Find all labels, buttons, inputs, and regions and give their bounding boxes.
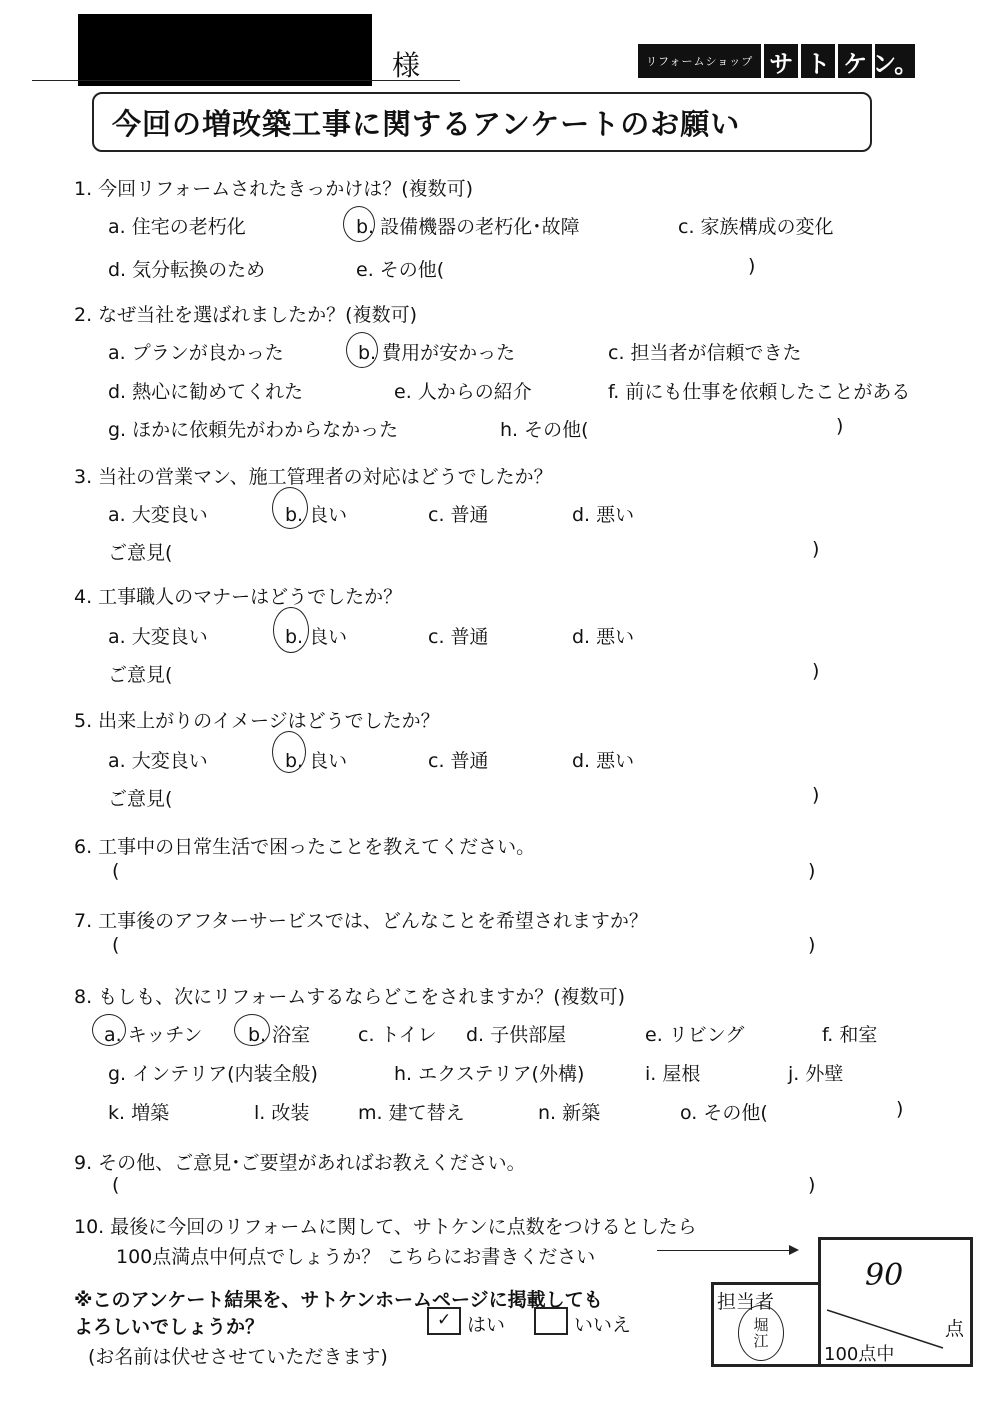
- q2-option-h[interactable]: h. その他(: [500, 415, 589, 442]
- logo-char: ト: [801, 44, 835, 78]
- arrow-right-icon: [657, 1250, 797, 1251]
- consent-yes-label: はい: [467, 1310, 505, 1337]
- q3-option-d[interactable]: d. 悪い: [572, 500, 634, 527]
- question-5: 5. 出来上がりのイメージはどうでしたか？: [74, 706, 440, 733]
- q8-option-c[interactable]: c. トイレ: [358, 1020, 437, 1047]
- score-unit: 点: [945, 1314, 964, 1341]
- selection-circle: [272, 731, 306, 773]
- company-logo: リフォームショップ サ ト ケ ン。: [638, 44, 915, 78]
- q4-comment-label: ご意見(: [108, 660, 172, 687]
- consent-note: (お名前は伏せさせていただきます): [88, 1342, 388, 1369]
- q8-option-n[interactable]: n. 新築: [538, 1098, 600, 1125]
- question-10-line2: 100点満点中何点でしょうか？ こちらにお書きください: [116, 1242, 595, 1269]
- question-10: 10. 最後に今回のリフォームに関して、サトケンに点数をつけるとしたら: [74, 1212, 697, 1239]
- checkmark-icon: ✓: [437, 1310, 451, 1330]
- q8-option-h[interactable]: h. エクステリア(外構): [394, 1059, 584, 1086]
- selection-circle: [92, 1014, 126, 1046]
- consent-no-label: いいえ: [574, 1310, 631, 1337]
- q4-option-d[interactable]: d. 悪い: [572, 622, 634, 649]
- logo-char: ン。: [875, 44, 915, 78]
- q3-comment-label: ご意見(: [108, 538, 172, 565]
- close-paren: ): [748, 255, 755, 277]
- close-paren: ): [808, 860, 815, 882]
- q1-option-b[interactable]: b. 設備機器の老朽化･故障: [356, 212, 580, 239]
- q8-option-j[interactable]: j. 外壁: [788, 1059, 843, 1086]
- question-1: 1. 今回リフォームされたきっかけは？(複数可): [74, 174, 473, 201]
- question-2: 2. なぜ当社を選ばれましたか？(複数可): [74, 300, 417, 327]
- q2-option-e[interactable]: e. 人からの紹介: [394, 377, 532, 404]
- question-8: 8. もしも、次にリフォームするならどこをされますか？(複数可): [74, 982, 625, 1009]
- q1-option-c[interactable]: c. 家族構成の変化: [678, 212, 834, 239]
- q1-option-d[interactable]: d. 気分転換のため: [108, 255, 265, 282]
- stamp-char: 堀: [753, 1317, 768, 1334]
- q8-option-g[interactable]: g. インテリア(内装全般): [108, 1059, 318, 1086]
- q2-option-a[interactable]: a. プランが良かった: [108, 338, 284, 365]
- q2-option-g[interactable]: g. ほかに依頼先がわからなかった: [108, 415, 398, 442]
- q1-option-a[interactable]: a. 住宅の老朽化: [108, 212, 246, 239]
- honorific: 様: [392, 44, 420, 84]
- question-7: 7. 工事後のアフターサービスでは、どんなことを希望されますか？: [74, 906, 648, 933]
- logo-char: サ: [764, 44, 798, 78]
- consent-question-line2: よろしいでしょうか？: [74, 1312, 264, 1339]
- question-9: 9. その他、ご意見･ご要望があればお教えください。: [74, 1148, 526, 1175]
- question-3: 3. 当社の営業マン、施工管理者の対応はどうでしたか？: [74, 462, 553, 489]
- selection-circle: [343, 206, 375, 242]
- q4-option-c[interactable]: c. 普通: [428, 622, 489, 649]
- close-paren: ): [812, 784, 819, 806]
- q5-comment-label: ご意見(: [108, 784, 172, 811]
- selection-circle: [346, 332, 378, 368]
- stamp-char: 江: [753, 1333, 768, 1350]
- q8-option-i[interactable]: i. 屋根: [645, 1059, 700, 1086]
- consent-question: ※このアンケート結果を、サトケンホームページに掲載しても: [74, 1285, 603, 1312]
- q8-option-l[interactable]: l. 改装: [254, 1098, 309, 1125]
- close-paren: ): [808, 1174, 815, 1196]
- q5-option-c[interactable]: c. 普通: [428, 746, 489, 773]
- q3-option-c[interactable]: c. 普通: [428, 500, 489, 527]
- open-paren: (: [112, 860, 119, 882]
- q5-option-d[interactable]: d. 悪い: [572, 746, 634, 773]
- q8-option-m[interactable]: m. 建て替え: [358, 1098, 465, 1125]
- logo-subtitle: リフォームショップ: [638, 44, 761, 78]
- close-paren: ): [896, 1098, 903, 1120]
- open-paren: (: [112, 934, 119, 956]
- q8-option-e[interactable]: e. リビング: [645, 1020, 744, 1047]
- q4-option-a[interactable]: a. 大変良い: [108, 622, 208, 649]
- q1-option-e[interactable]: e. その他(: [356, 255, 444, 282]
- q2-option-d[interactable]: d. 熱心に勧めてくれた: [108, 377, 303, 404]
- logo-char: ケ: [838, 44, 872, 78]
- selection-circle: [272, 487, 308, 529]
- q2-option-b[interactable]: b. 費用が安かった: [358, 338, 515, 365]
- selection-circle: [234, 1014, 270, 1046]
- staff-seal-stamp: 堀 江: [738, 1305, 784, 1361]
- close-paren: ): [808, 934, 815, 956]
- question-6: 6. 工事中の日常生活で困ったことを教えてください。: [74, 832, 535, 859]
- q8-option-k[interactable]: k. 増築: [108, 1098, 169, 1125]
- q2-option-f[interactable]: f. 前にも仕事を依頼したことがある: [608, 377, 910, 404]
- close-paren: ): [836, 415, 843, 437]
- score-out-of: 100点中: [824, 1340, 894, 1366]
- q5-option-a[interactable]: a. 大変良い: [108, 746, 208, 773]
- close-paren: ): [812, 660, 819, 682]
- selection-circle: [273, 607, 309, 653]
- score-box[interactable]: 90 点 100点中: [818, 1237, 973, 1367]
- q2-option-c[interactable]: c. 担当者が信頼できた: [608, 338, 802, 365]
- q8-option-o[interactable]: o. その他(: [680, 1098, 768, 1125]
- q8-option-d[interactable]: d. 子供部屋: [466, 1020, 566, 1047]
- consent-no-checkbox[interactable]: [534, 1307, 568, 1335]
- open-paren: (: [112, 1174, 119, 1196]
- redacted-recipient-name: [78, 14, 372, 86]
- survey-title: 今回の増改築工事に関するアンケートのお願い: [92, 92, 872, 152]
- question-4: 4. 工事職人のマナーはどうでしたか？: [74, 582, 402, 609]
- close-paren: ): [812, 538, 819, 560]
- consent-yes-checkbox[interactable]: ✓: [427, 1307, 461, 1335]
- q3-option-a[interactable]: a. 大変良い: [108, 500, 208, 527]
- q8-option-f[interactable]: f. 和室: [822, 1020, 877, 1047]
